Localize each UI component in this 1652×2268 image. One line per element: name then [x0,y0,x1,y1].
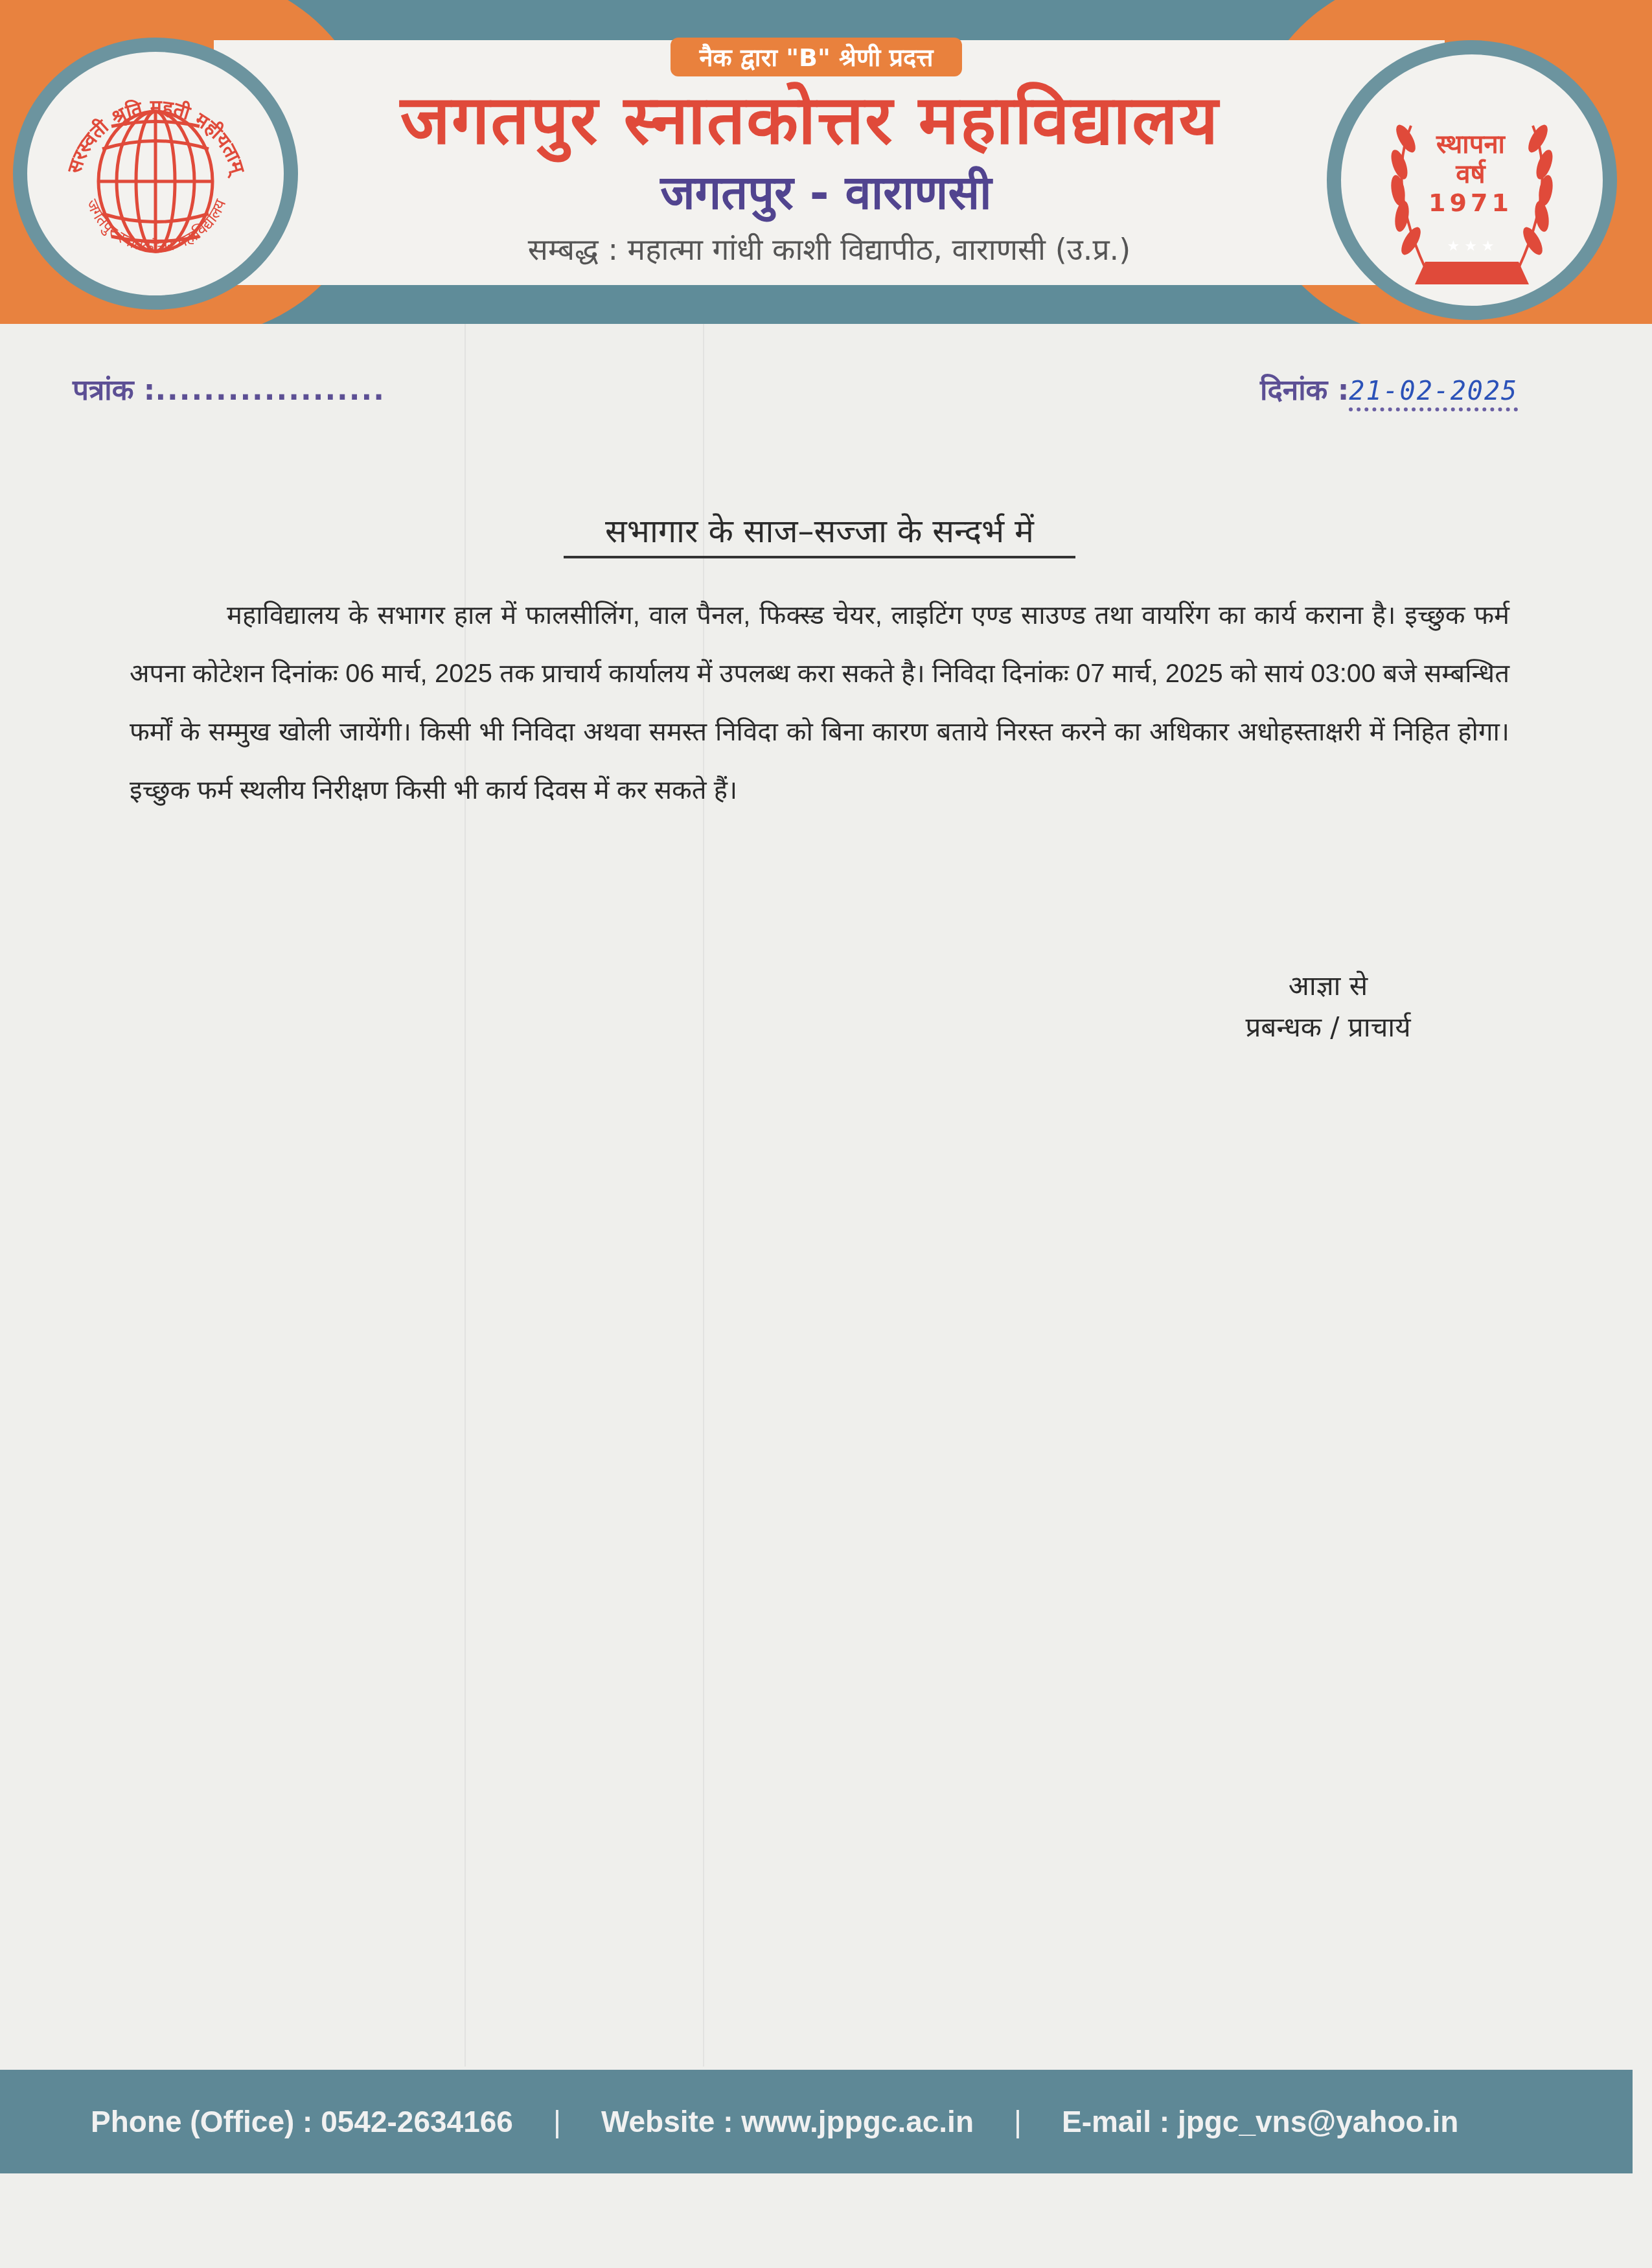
fold-line [703,324,704,2067]
college-emblem-seal: सरस्वती श्रुति महती महीयताम् जगतपुर स्ना… [13,38,298,310]
fold-line [465,324,466,2067]
affiliation-line: सम्बद्ध : महात्मा गांधी काशी विद्यापीठ, … [415,233,1244,266]
letterhead-footer: Phone (Office) : 0542-2634166 | Website … [0,2070,1633,2173]
date-field: दिनांक :21-02-2025 [1260,369,1518,408]
college-name: जगतपुर स्नातकोत्तर महाविद्यालय [295,83,1325,157]
letterhead-banner: सरस्वती श्रुति महती महीयताम् जगतपुर स्ना… [0,0,1652,324]
year-label: वर्ष [1406,159,1535,189]
globe-emblem-icon: सरस्वती श्रुति महती महीयताम् जगतपुर स्ना… [27,52,284,295]
footer-phone: Phone (Office) : 0542-2634166 [91,2104,513,2139]
established-year: 1971 [1406,189,1535,218]
established-label: स्थापना [1406,130,1535,159]
footer-separator: | [553,2104,561,2139]
reference-value: ................... [155,374,385,407]
accreditation-badge: नैक द्वारा "B" श्रेणी प्रदत्त [671,38,962,76]
college-location: जगतपुर - वाराणसी [453,167,1199,218]
letter-body: महाविद्यालय के सभागर हाल में फालसीलिंग, … [130,586,1509,819]
reference-label: पत्रांक : [73,374,155,407]
footer-email: E-mail : jpgc_vns@yahoo.in [1062,2104,1458,2139]
established-seal-text: स्थापना वर्ष 1971 [1406,130,1535,218]
stars-icon: ★ ★ ★ [1432,238,1509,255]
footer-separator: | [1014,2104,1022,2139]
letter-subject: सभागार के साज–सज्जा के सन्दर्भ में [564,512,1075,558]
footer-website: Website : www.jppgc.ac.in [601,2104,974,2139]
reference-number-field: पत्रांक :................... [73,369,385,408]
date-label: दिनांक : [1260,374,1349,407]
signature-line-1: आज्ञा से [1166,965,1490,1007]
signature-designation: प्रबन्धक / प्राचार्य [1166,1007,1490,1048]
signature-block: आज्ञा से प्रबन्धक / प्राचार्य [1166,965,1490,1048]
date-value: 21-02-2025 [1349,376,1518,411]
